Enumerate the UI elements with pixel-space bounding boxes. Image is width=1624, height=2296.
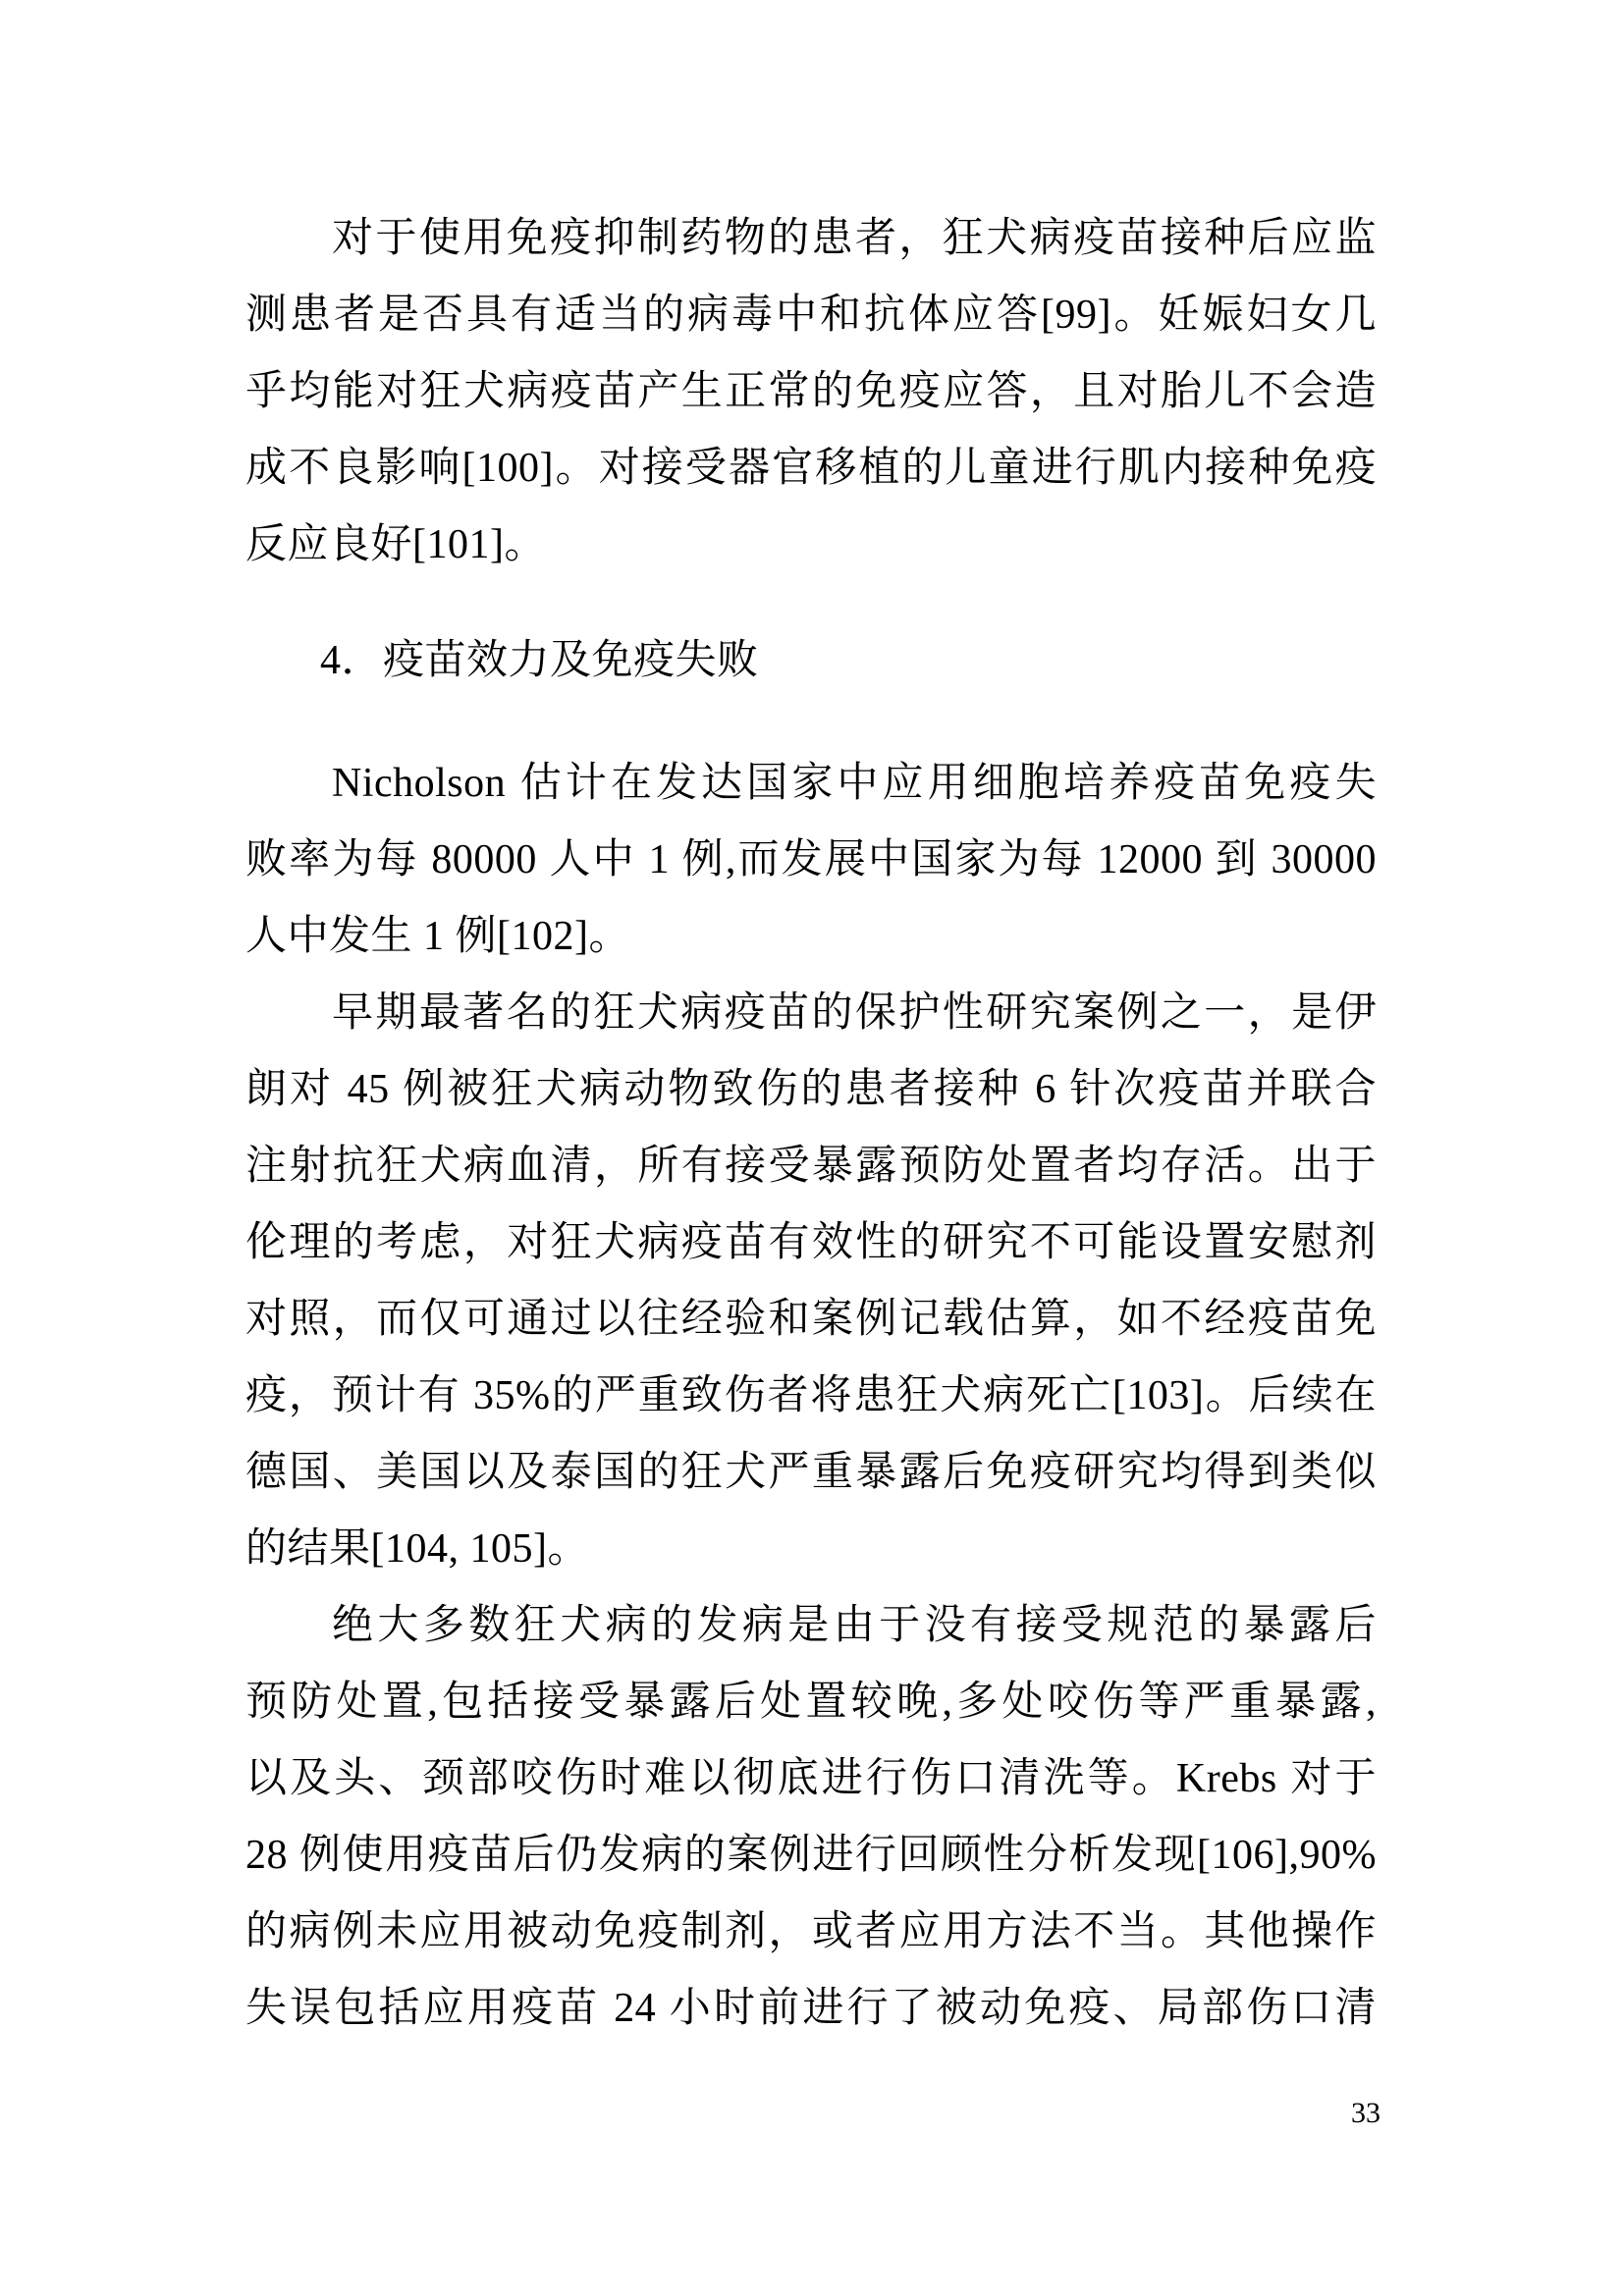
text-line: 测患者是否具有适当的病毒中和抗体应答[99]。妊娠妇女几	[245, 277, 1377, 353]
text-line: 失误包括应用疫苗 24 小时前进行了被动免疫、局部伤口清	[245, 1970, 1377, 2047]
text-line: 反应良好[101]。	[245, 507, 1377, 583]
text-line: 绝大多数狂犬病的发病是由于没有接受规范的暴露后	[245, 1587, 1377, 1664]
text-line: 德国、美国以及泰国的狂犬严重暴露后免疫研究均得到类似	[245, 1434, 1377, 1511]
text-line: 乎均能对狂犬病疫苗产生正常的免疫应答，且对胎儿不会造	[245, 353, 1377, 430]
paragraph-immunosuppressed-patients: 对于使用免疫抑制药物的患者，狂犬病疫苗接种后应监 测患者是否具有适当的病毒中和抗…	[245, 200, 1377, 583]
text-line: 成不良影响[100]。对接受器官移植的儿童进行肌内接种免疫	[245, 430, 1377, 507]
text-line: 对于使用免疫抑制药物的患者，狂犬病疫苗接种后应监	[245, 200, 1377, 277]
text-line: 朗对 45 例被狂犬病动物致伤的患者接种 6 针次疫苗并联合	[245, 1051, 1377, 1128]
page-number: 33	[1351, 2097, 1380, 2130]
text-line: 注射抗狂犬病血清，所有接受暴露预防处置者均存活。出于	[245, 1128, 1377, 1204]
text-line: 对照，而仅可通过以往经验和案例记载估算，如不经疫苗免	[245, 1281, 1377, 1358]
text-line: 人中发生 1 例[102]。	[245, 898, 1377, 975]
paragraph-failure-causes: 绝大多数狂犬病的发病是由于没有接受规范的暴露后 预防处置,包括接受暴露后处置较晚…	[245, 1587, 1377, 2047]
text-line: 早期最著名的狂犬病疫苗的保护性研究案例之一，是伊	[245, 975, 1377, 1051]
document-page: { "colors": { "background": "#ffffff", "…	[0, 0, 1624, 2296]
text-line: Nicholson 估计在发达国家中应用细胞培养疫苗免疫失	[245, 745, 1377, 822]
text-line: 以及头、颈部咬伤时难以彻底进行伤口清洗等。Krebs 对于	[245, 1740, 1377, 1817]
text-block: 对于使用免疫抑制药物的患者，狂犬病疫苗接种后应监 测患者是否具有适当的病毒中和抗…	[245, 200, 1377, 2047]
text-line: 的结果[104, 105]。	[245, 1511, 1377, 1587]
text-line: 疫，预计有 35%的严重致伤者将患狂犬病死亡[103]。后续在	[245, 1358, 1377, 1434]
text-line: 的病例未应用被动免疫制剂，或者应用方法不当。其他操作	[245, 1894, 1377, 1970]
text-line: 伦理的考虑，对狂犬病疫苗有效性的研究不可能设置安慰剂	[245, 1204, 1377, 1281]
paragraph-iran-protection-study: 早期最著名的狂犬病疫苗的保护性研究案例之一，是伊 朗对 45 例被狂犬病动物致伤…	[245, 975, 1377, 1587]
text-line: 败率为每 80000 人中 1 例,而发展中国家为每 12000 到 30000	[245, 822, 1377, 898]
text-line: 预防处置,包括接受暴露后处置较晚,多处咬伤等严重暴露,	[245, 1664, 1377, 1740]
text-line: 28 例使用疫苗后仍发病的案例进行回顾性分析发现[106],90%	[245, 1817, 1377, 1894]
section-heading: 4．疫苗效力及免疫失败	[245, 622, 1377, 699]
paragraph-vaccine-failure-rate: Nicholson 估计在发达国家中应用细胞培养疫苗免疫失 败率为每 80000…	[245, 745, 1377, 975]
